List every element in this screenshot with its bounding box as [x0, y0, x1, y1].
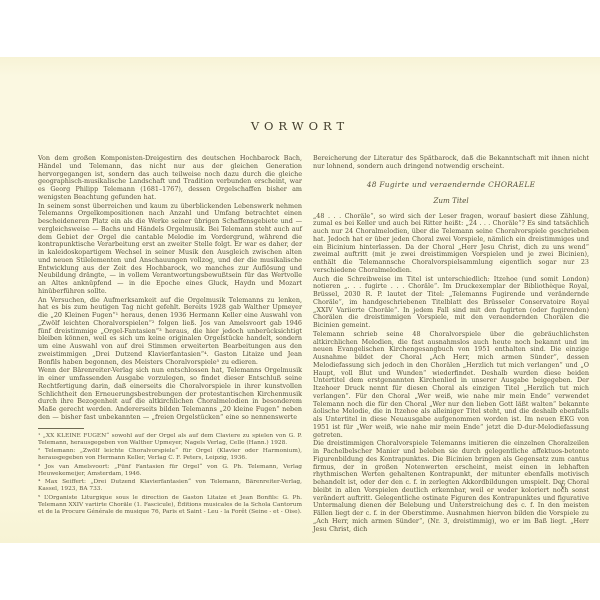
- left-column: Von dem großen Komponisten-Dreigestirn d…: [38, 155, 302, 534]
- subsection-heading: Zum Titel: [313, 196, 589, 205]
- paragraph: An Versuchen, die Aufmerksamkeit auf die…: [38, 297, 302, 367]
- page-number: V: [560, 482, 565, 491]
- paper-sheet: VORWORT Von dem großen Komponisten-Dreig…: [0, 57, 600, 543]
- book-page-scan: VORWORT Von dem großen Komponisten-Dreig…: [0, 0, 600, 600]
- paragraph: Von dem großen Komponisten-Dreigestirn d…: [38, 155, 302, 202]
- footnote-separator-rule: [38, 428, 84, 429]
- right-column: Bereicherung der Literatur des Spätbaroc…: [313, 155, 589, 534]
- paragraph: Telemann schrieb seine 48 Choralvorspiel…: [313, 331, 589, 440]
- footnote: ¹ „XX KLEINE FUGEN“ sowohl auf der Orgel…: [38, 433, 302, 447]
- text-columns: Von dem großen Komponisten-Dreigestirn d…: [38, 155, 589, 534]
- footnote: ² Telemann: „Zwölf leichte Choralvorspie…: [38, 448, 302, 462]
- footnote: ⁵ L’Organiste Liturgique sous le directi…: [38, 495, 302, 516]
- paragraph: Wenn der Bärenreiter-Verlag sich nun ent…: [38, 367, 302, 421]
- footnote: ³ Jos van Amelsvoort: „Fünf Fantasien fü…: [38, 464, 302, 478]
- paragraph: Bereicherung der Literatur des Spätbaroc…: [313, 155, 589, 171]
- footnote: ⁴ Max Seiffert: „Drei Dutzend Klavierfan…: [38, 479, 302, 493]
- paragraph: In seinem sonst überreichen und kaum zu …: [38, 203, 302, 296]
- paragraph: Die dreistimmigen Choralvorspiele Telema…: [313, 440, 589, 533]
- section-heading: 48 Fugirte und veraendernde CHORAELE: [313, 180, 589, 189]
- paragraph: „48 . . . Choräle“, so wird sich der Les…: [313, 213, 589, 275]
- paragraph: Auch die Schreibweise im Titel ist unter…: [313, 276, 589, 330]
- page-title: VORWORT: [0, 119, 600, 133]
